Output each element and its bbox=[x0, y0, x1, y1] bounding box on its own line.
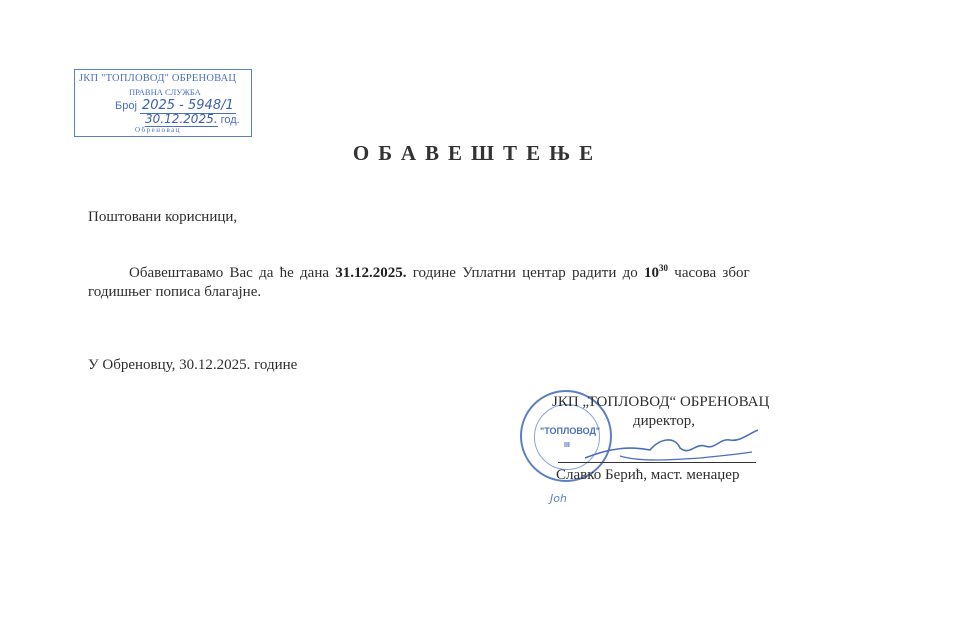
stamp-organization: ЈКП "ТОПЛОВОД" ОБРЕНОВАЦ bbox=[79, 73, 236, 84]
greeting: Поштовани корисници, bbox=[88, 209, 237, 226]
notice-date: 31.12.2025. bbox=[335, 265, 406, 281]
document-title: ОБАВЕШТЕЊЕ bbox=[0, 141, 955, 166]
place-date: У Обреновцу, 30.12.2025. године bbox=[88, 357, 297, 374]
signature-organization: ЈКП „ТОПЛОВОД“ ОБРЕНОВАЦ bbox=[552, 394, 769, 411]
stamp-department: ПРАВНА СЛУЖБА bbox=[129, 87, 201, 97]
stamp-city: Обреновац bbox=[135, 126, 181, 134]
closing-time: 1030 bbox=[644, 265, 668, 281]
signature-line bbox=[558, 462, 756, 463]
stamp-date: 30.12.2025. год. bbox=[145, 112, 240, 126]
notice-paragraph-line2: годишњег пописа благајне. bbox=[88, 284, 261, 301]
initials: Јоh bbox=[550, 492, 567, 505]
signature-block: "ТОПЛОВОД" III ЈКП „ТОПЛОВОД“ ОБРЕНОВАЦ … bbox=[510, 380, 800, 510]
signer-name: Славко Берић, маст. менаџер bbox=[556, 467, 739, 484]
stamp-date-value: 30.12.2025. bbox=[145, 112, 218, 127]
notice-paragraph-line1: Обавештавамо Вас да ће дана 31.12.2025. … bbox=[129, 263, 750, 282]
registry-stamp: ЈКП "ТОПЛОВОД" ОБРЕНОВАЦ ПРАВНА СЛУЖБА Б… bbox=[74, 69, 252, 137]
stamp-number: Број 2025 - 5948/1 bbox=[115, 98, 236, 113]
